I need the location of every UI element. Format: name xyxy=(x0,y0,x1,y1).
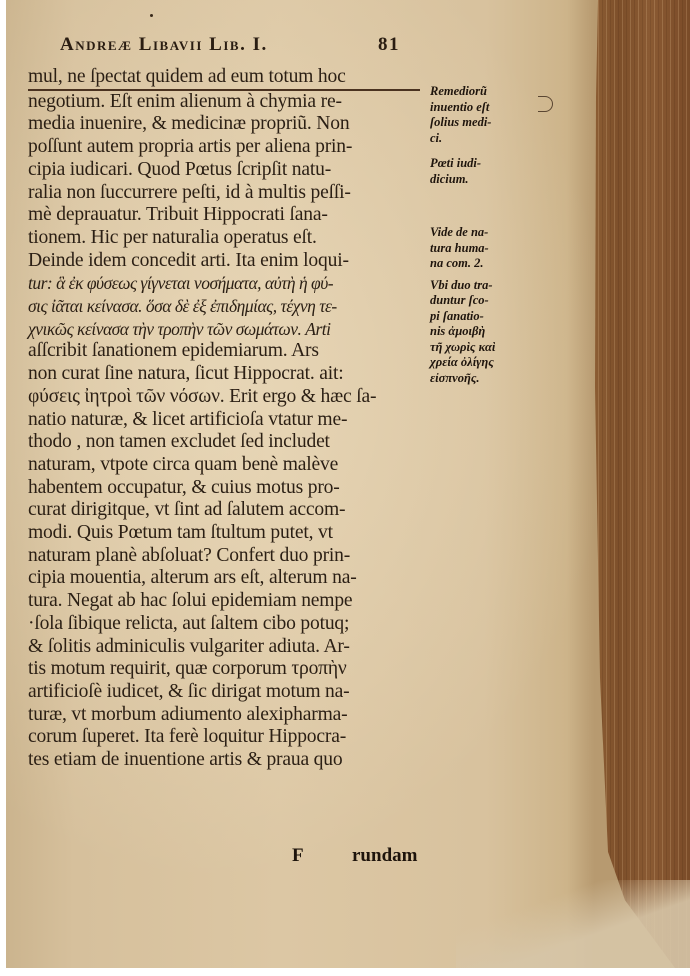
text-line: ·ſola ſibique relicta, aut ſaltem cibo p… xyxy=(28,613,420,636)
margin-note-poeti: Pœti iudi- dicium. xyxy=(430,156,540,187)
text-line: aſſcribit ſanationem epidemiarum. Ars xyxy=(28,340,420,363)
margin-note-line: Vbi duo tra- xyxy=(430,278,540,294)
text-line: corum ſuperet. Ita ferè loquitur Hippocr… xyxy=(28,726,420,749)
book-fore-edge xyxy=(590,0,690,968)
text-line-greek: σις ἰᾶται κείνασα. ὅσα δὲ ἐξ ἐπιδημίας, … xyxy=(28,295,420,318)
signature-mark: F xyxy=(292,845,304,867)
page-footer: F rundam xyxy=(0,845,440,867)
margin-note-line: τῆ χωρὶς καὶ xyxy=(430,340,540,356)
paper-speck xyxy=(150,14,153,17)
margin-note-line: tura huma- xyxy=(430,241,540,257)
margin-note-vide: Vide de na- tura huma- na com. 2. xyxy=(430,225,540,272)
text-line: artificioſè iudicet, & ſic dirigat motum… xyxy=(28,681,420,704)
text-line: mul, ne ſpectat quidem ad eum totum hoc xyxy=(28,66,420,91)
text-line: non curat ſine natura, ſicut Hippocrat. … xyxy=(28,363,420,386)
page-number: 81 xyxy=(378,34,400,56)
text-line-greek: tur: ἃ ἐκ φύσεως γίγνεται νοσήματα, αὐτὴ… xyxy=(28,272,420,295)
text-line: φύσεις ἰητροὶ τῶν νόσων. Erit ergo & hæc… xyxy=(28,386,420,409)
text-line: tis motum requirit, quæ corporum τροπὴν xyxy=(28,658,420,681)
margin-note-line: Vide de na- xyxy=(430,225,540,241)
margin-note-line: ci. xyxy=(430,131,540,147)
text-line: cipia mouentia, alterum ars eſt, alterum… xyxy=(28,567,420,590)
text-line: habentem occupatur, & cuius motus pro- xyxy=(28,477,420,500)
text-line: thodo , non tamen excludet ſed includet xyxy=(28,431,420,454)
catchword: rundam xyxy=(352,845,417,867)
text-line-greek: χνικῶς κείνασα τὴν τροπὴν τῶν σωμάτων. A… xyxy=(28,318,420,341)
text-line: modi. Quis Pœtum tam ſtultum putet, vt xyxy=(28,522,420,545)
margin-note-line: εἰσπνοῆς. xyxy=(430,371,540,387)
text-line: cipia iudicari. Quod Pœtus ſcripſit natu… xyxy=(28,159,420,182)
margin-note-line: ſolius medi- xyxy=(430,115,540,131)
text-line: natio naturæ, & licet artificioſa vtatur… xyxy=(28,409,420,432)
text-line: tura. Negat ab hac ſolui epidemiam nempe xyxy=(28,590,420,613)
margin-note-line: pi ſanatio- xyxy=(430,309,540,325)
text-line: Deinde idem concedit arti. Ita enim loqu… xyxy=(28,250,420,273)
text-line: negotium. Eſt enim alienum à chymia re- xyxy=(28,91,420,114)
body-text: mul, ne ſpectat quidem ad eum totum hoc … xyxy=(28,66,420,772)
margin-note-line: χρεία ὀλίγης xyxy=(430,355,540,371)
text-line: tes etiam de inuentione artis & praua qu… xyxy=(28,749,420,772)
text-line: curat dirigitque, vt ſint ad ſalutem acc… xyxy=(28,499,420,522)
running-head: Andreæ Libavii Lib. I. 81 xyxy=(60,34,400,56)
margin-notes: Remediorũ inuentio eſt ſolius medi- ci. … xyxy=(430,80,540,386)
margin-note-line: inuentio eſt xyxy=(430,100,540,116)
margin-note-line: Remediorũ xyxy=(430,84,540,100)
margin-note-line: na com. 2. xyxy=(430,256,540,272)
margin-note-vbi: Vbi duo tra- duntur ſco- pi ſanatio- nis… xyxy=(430,278,540,387)
margin-note-remediorum: Remediorũ inuentio eſt ſolius medi- ci. xyxy=(430,84,540,146)
running-head-title: Andreæ Libavii Lib. I. xyxy=(60,34,268,56)
text-line: mè deprauatur. Tribuit Hippocrati ſana- xyxy=(28,204,420,227)
text-line: tionem. Hic per naturalia operatus eſt. xyxy=(28,227,420,250)
text-line: naturam, vtpote circa quam benè malève xyxy=(28,454,420,477)
text-line: & ſolitis adminiculis vulgariter adiuta.… xyxy=(28,636,420,659)
text-line: media inuenire, & medicinæ propriũ. Non xyxy=(28,113,420,136)
text-line: turæ, vt morbum adiumento alexipharma- xyxy=(28,704,420,727)
margin-note-line: duntur ſco- xyxy=(430,293,540,309)
margin-note-line: nis ἀμοιβὴ xyxy=(430,324,540,340)
text-line: poſſunt autem propria artis per aliena p… xyxy=(28,136,420,159)
text-line: ralia non ſuccurrere peſti, id à multis … xyxy=(28,182,420,205)
page-shadow xyxy=(456,880,690,968)
margin-note-line: dicium. xyxy=(430,172,540,188)
text-line: naturam planè abſoluat? Confert duo prin… xyxy=(28,545,420,568)
margin-note-line: Pœti iudi- xyxy=(430,156,540,172)
